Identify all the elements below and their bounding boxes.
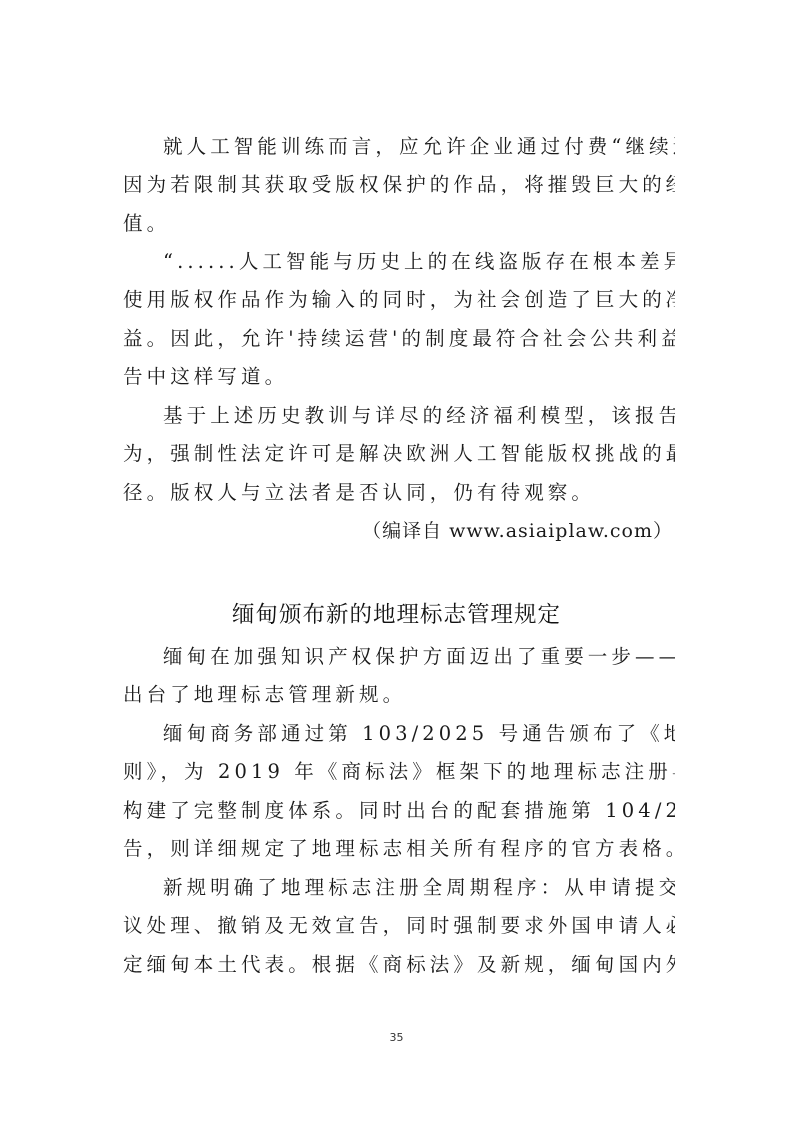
text-line: 使用版权作品作为输入的同时，为社会创造了巨大的净收 bbox=[123, 281, 675, 319]
text-line: 缅甸在加强知识产权保护方面迈出了重要一步——正式 bbox=[123, 638, 675, 676]
text-line: 则》，为 2019 年《商标法》框架下的地理标志注册与管理 bbox=[123, 753, 675, 791]
text-line: 益。因此，允许'持续运营'的制度最符合社会公共利益。"报 bbox=[123, 320, 675, 358]
text-line: “......人工智能与历史上的在线盗版存在根本差异：它在 bbox=[123, 243, 675, 281]
paragraph: 基于上述历史教训与详尽的经济福利模型，该报告认 为，强制性法定许可是解决欧洲人工… bbox=[123, 397, 675, 512]
text-line: 告，则详细规定了地理标志相关所有程序的官方表格。 bbox=[123, 830, 675, 868]
text-line: 构建了完整制度体系。同时出台的配套措施第 104/2025 号通 bbox=[123, 792, 675, 830]
text-line: 缅甸商务部通过第 103/2025 号通告颁布了《地理标志规 bbox=[123, 715, 675, 753]
text-line: 议处理、撤销及无效宣告，同时强制要求外国申请人必须指 bbox=[123, 907, 675, 945]
text-line: 基于上述历史教训与详尽的经济福利模型，该报告认 bbox=[123, 397, 675, 435]
article-title: 缅甸颁布新的地理标志管理规定 bbox=[0, 597, 793, 629]
paragraph: 新规明确了地理标志注册全周期程序：从申请提交到异 议处理、撤销及无效宣告，同时强… bbox=[123, 869, 675, 984]
paragraph: “......人工智能与历史上的在线盗版存在根本差异：它在 使用版权作品作为输入… bbox=[123, 243, 675, 397]
text-line: 为，强制性法定许可是解决欧洲人工智能版权挑战的最佳路 bbox=[123, 435, 675, 473]
paragraph: 缅甸商务部通过第 103/2025 号通告颁布了《地理标志规 则》，为 2019… bbox=[123, 715, 675, 869]
text-line: 出台了地理标志管理新规。 bbox=[123, 676, 675, 714]
text-line: 因为若限制其获取受版权保护的作品，将摧毁巨大的经济价 bbox=[123, 166, 675, 204]
page-number: 35 bbox=[0, 1031, 793, 1044]
text-line: 径。版权人与立法者是否认同，仍有待观察。 bbox=[123, 474, 675, 512]
text-line: 告中这样写道。 bbox=[123, 358, 675, 396]
text-line: 定缅甸本土代表。根据《商标法》及新规，缅甸国内外法律 bbox=[123, 946, 675, 984]
paragraph: 缅甸在加强知识产权保护方面迈出了重要一步——正式 出台了地理标志管理新规。 bbox=[123, 638, 675, 715]
source-attribution: （编译自 www.asiaiplaw.com） bbox=[362, 516, 673, 543]
text-line: 就人工智能训练而言，应允许企业通过付费“继续运营”， bbox=[123, 128, 675, 166]
document-page: 就人工智能训练而言，应允许企业通过付费“继续运营”， 因为若限制其获取受版权保护… bbox=[0, 0, 793, 1122]
text-line: 值。 bbox=[123, 205, 675, 243]
text-line: 新规明确了地理标志注册全周期程序：从申请提交到异 bbox=[123, 869, 675, 907]
paragraph: 就人工智能训练而言，应允许企业通过付费“继续运营”， 因为若限制其获取受版权保护… bbox=[123, 128, 675, 243]
